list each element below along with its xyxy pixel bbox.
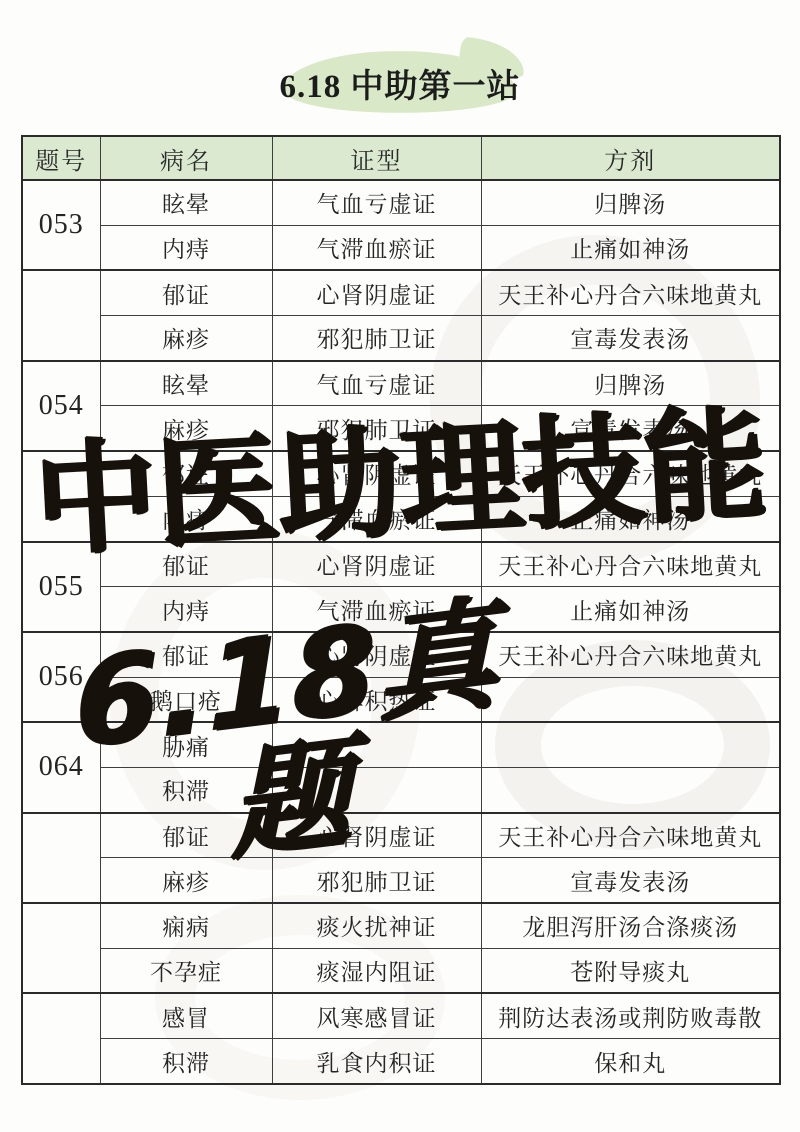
disease-cell: 眩晕 [100, 180, 272, 225]
formula-cell: 苍附导痰丸 [481, 948, 780, 993]
column-header-disease: 病名 [100, 136, 272, 180]
question-number-cell [22, 903, 100, 993]
formula-cell [481, 677, 780, 722]
formula-cell: 龙胆泻肝汤合涤痰汤 [481, 903, 780, 948]
syndrome-cell: 风寒感冒证 [272, 993, 481, 1038]
table-row: 053 眩晕 气血亏虚证 归脾汤 [22, 180, 780, 225]
syndrome-cell: 痰湿内阻证 [272, 948, 481, 993]
disease-cell: 麻疹 [100, 316, 272, 361]
formula-cell [481, 767, 780, 812]
formula-cell: 归脾汤 [481, 180, 780, 225]
disease-cell: 郁证 [100, 270, 272, 315]
column-header-syndrome: 证型 [272, 136, 481, 180]
formula-cell [481, 722, 780, 767]
syndrome-cell: 痰火扰神证 [272, 903, 481, 948]
formula-cell: 止痛如神汤 [481, 587, 780, 632]
disease-cell: 内痔 [100, 225, 272, 270]
formula-cell: 止痛如神汤 [481, 225, 780, 270]
page-title: 6.18 中助第一站 [0, 68, 800, 106]
disease-cell: 痫病 [100, 903, 272, 948]
disease-cell: 眩晕 [100, 361, 272, 406]
formula-cell: 保和丸 [481, 1039, 780, 1084]
disease-cell: 积滞 [100, 1039, 272, 1084]
formula-cell: 宣毒发表汤 [481, 858, 780, 903]
disease-cell: 不孕症 [100, 948, 272, 993]
syndrome-cell: 乳食内积证 [272, 1039, 481, 1084]
question-number-cell [22, 270, 100, 360]
syndrome-cell: 邪犯肺卫证 [272, 316, 481, 361]
formula-cell: 宣毒发表汤 [481, 316, 780, 361]
question-number-cell: 053 [22, 180, 100, 270]
table-row: 感冒 风寒感冒证 荆防达表汤或荆防败毒散 [22, 993, 780, 1038]
table-row: 麻疹 邪犯肺卫证 宣毒发表汤 [22, 316, 780, 361]
disease-cell: 感冒 [100, 993, 272, 1038]
formula-cell: 天王补心丹合六味地黄丸 [481, 270, 780, 315]
table-header-row: 题号 病名 证型 方剂 [22, 136, 780, 180]
table-row: 郁证 心肾阴虚证 天王补心丹合六味地黄丸 [22, 270, 780, 315]
syndrome-cell: 气血亏虚证 [272, 361, 481, 406]
syndrome-cell: 心肾阴虚证 [272, 270, 481, 315]
formula-cell: 天王补心丹合六味地黄丸 [481, 632, 780, 677]
table-row: 积滞 乳食内积证 保和丸 [22, 1039, 780, 1084]
syndrome-cell: 气滞血瘀证 [272, 225, 481, 270]
table-row: 内痔 气滞血瘀证 止痛如神汤 [22, 225, 780, 270]
formula-cell: 天王补心丹合六味地黄丸 [481, 542, 780, 587]
table-row: 不孕症 痰湿内阻证 苍附导痰丸 [22, 948, 780, 993]
column-header-question-number: 题号 [22, 136, 100, 180]
syndrome-cell: 气血亏虚证 [272, 180, 481, 225]
column-header-formula: 方剂 [481, 136, 780, 180]
question-number-cell [22, 993, 100, 1084]
page-header: 6.18 中助第一站 [0, 0, 800, 135]
formula-cell: 天王补心丹合六味地黄丸 [481, 813, 780, 858]
formula-cell: 荆防达表汤或荆防败毒散 [481, 993, 780, 1038]
table-row: 痫病 痰火扰神证 龙胆泻肝汤合涤痰汤 [22, 903, 780, 948]
